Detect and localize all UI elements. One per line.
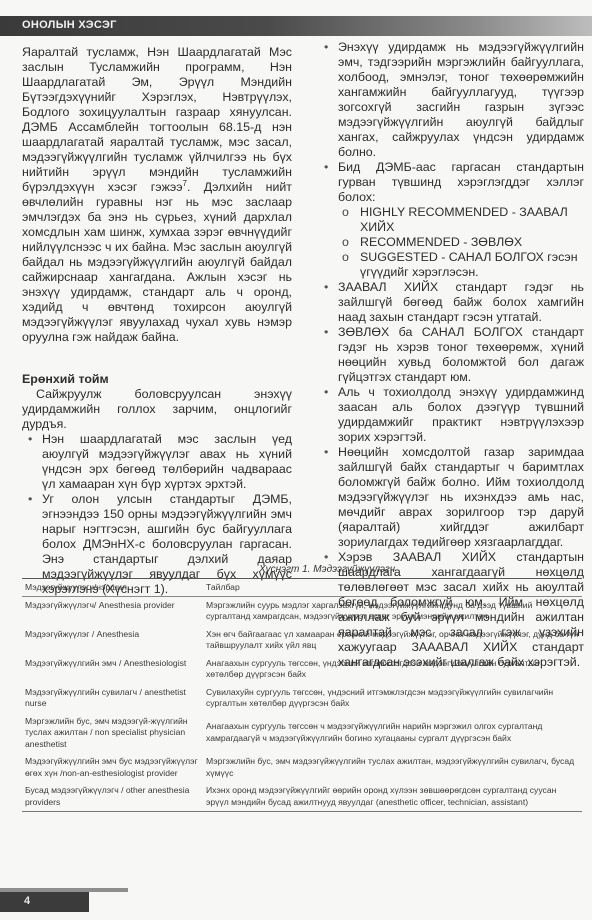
bullet-item: Нөөцийн хомсдолтой газар заримдаа зайлшг… bbox=[324, 445, 584, 550]
term-cell: Мэдээгүйжүүлэгч/ Anesthesia provider bbox=[22, 596, 203, 626]
section-header-bar: ОНОЛЫН ХЭСЭГ bbox=[0, 16, 592, 36]
table-header-row: Мэдээгүйжүүлэгч/нэршил Тайлбар bbox=[22, 579, 582, 597]
table-caption: Хүснэгт 1. Мэдээгүйжүүлэгч bbox=[22, 564, 592, 575]
table-row: Бусад мэдээгүйжүүлэгч / other anesthesia… bbox=[22, 782, 582, 812]
table-row: Мэргэжлийн бус, эмч мэдээгүй-жүүлгийн ту… bbox=[22, 713, 582, 754]
sub-bullet-item: RECOMMENDED - ЗӨВЛӨХ bbox=[338, 235, 584, 250]
bullet-text: Бид ДЭМБ-аас гаргасан стандартын гурван … bbox=[338, 160, 584, 204]
bullet-item: ЗААВАЛ ХИЙХ стандарт гэдэг нь зайлшгүй б… bbox=[324, 280, 584, 325]
description-cell: Сувилахуйн сургууль төгссөн, үндэсний ит… bbox=[203, 684, 582, 713]
column-header-term: Мэдээгүйжүүлэгч/нэршил bbox=[22, 579, 203, 597]
term-cell: Бусад мэдээгүйжүүлэгч / other anesthesia… bbox=[22, 782, 203, 812]
bullet-item: Нэн шаардлагатай мэс заслын үед аюулгүй … bbox=[28, 432, 292, 492]
section-heading: Ерөнхий тойм bbox=[22, 372, 292, 387]
table-row: Мэдээгүйжүүлгийн эмч бус мэдээгүйжүүлэг … bbox=[22, 753, 582, 782]
table-row: Мэдээгүйжүүлэг / Anesthesia Хэн өгч байг… bbox=[22, 626, 582, 655]
footer-page-box: 4 bbox=[0, 892, 89, 912]
term-cell: Мэдээгүйжүүлгийн эмч / Anesthesiologist bbox=[22, 655, 203, 684]
table-row: Мэдээгүйжүүлэгч/ Anesthesia provider Мэр… bbox=[22, 596, 582, 626]
intro-paragraph: Яаралтай тусламж, Нэн Шаардлагатай Мэс з… bbox=[22, 45, 292, 345]
bullet-item: ЗӨВЛӨХ ба САНАЛ БОЛГОХ стандарт гэдэг нь… bbox=[324, 325, 584, 385]
sub-bullet-item: SUGGESTED - САНАЛ БОЛГОХ гэсэн үгүүдийг … bbox=[338, 250, 584, 280]
anesthesia-terms-table: Мэдээгүйжүүлэгч/нэршил Тайлбар Мэдээгүйж… bbox=[22, 578, 582, 812]
sub-bullet-item: HIGHLY RECOMMENDED - ЗААВАЛ ХИЙХ bbox=[338, 205, 584, 235]
intro-text: Яаралтай тусламж, Нэн Шаардлагатай Мэс з… bbox=[22, 45, 292, 194]
intro-text-cont: . Дэлхийн нийт өвчлөлийн гуравны нэг нь … bbox=[22, 180, 292, 344]
principles-bullet-list: Энэхүү удирдамж нь мэдээгүйжүүлгийн эмч,… bbox=[318, 40, 584, 670]
term-cell: Мэдээгүйжүүлгийн сувилагч / anesthetist … bbox=[22, 684, 203, 713]
description-cell: Анагаахын сургууль төгссөн ч мэдээгүйжүү… bbox=[203, 713, 582, 754]
bullet-item: Аль ч тохиолдолд энэхүү удирдамжинд заас… bbox=[324, 385, 584, 445]
term-cell: Мэдээгүйжүүлгийн эмч бус мэдээгүйжүүлэг … bbox=[22, 753, 203, 782]
term-cell: Мэдээгүйжүүлэг / Anesthesia bbox=[22, 626, 203, 655]
term-cell: Мэргэжлийн бус, эмч мэдээгүй-жүүлгийн ту… bbox=[22, 713, 203, 754]
page-number: 4 bbox=[24, 895, 30, 907]
left-column: Яаралтай тусламж, Нэн Шаардлагатай Мэс з… bbox=[22, 45, 292, 597]
section-title: ОНОЛЫН ХЭСЭГ bbox=[22, 19, 117, 31]
column-header-description: Тайлбар bbox=[203, 579, 582, 597]
description-cell: Мэргэжлийн бус, эмч мэдээгүйжүүлгийн тус… bbox=[203, 753, 582, 782]
right-column: Энэхүү удирдамж нь мэдээгүйжүүлгийн эмч,… bbox=[318, 40, 584, 670]
overview-paragraph: Сайжруулж боловсруулсан энэхүү удирдамжи… bbox=[22, 387, 292, 432]
bullet-item: Энэхүү удирдамж нь мэдээгүйжүүлгийн эмч,… bbox=[324, 40, 584, 160]
bullet-item: Бид ДЭМБ-аас гаргасан стандартын гурван … bbox=[324, 160, 584, 280]
description-cell: Мэргэжлийн суурь мэдлэг харгалзахгүй, мэ… bbox=[203, 596, 582, 626]
table-row: Мэдээгүйжүүлгийн эмч / Anesthesiologist … bbox=[22, 655, 582, 684]
description-cell: Ихэнх оронд мэдээгүйжүүлгийг өөрийн орон… bbox=[203, 782, 582, 812]
recommendation-levels-list: HIGHLY RECOMMENDED - ЗААВАЛ ХИЙХ RECOMME… bbox=[338, 205, 584, 280]
table-row: Мэдээгүйжүүлгийн сувилагч / anesthetist … bbox=[22, 684, 582, 713]
description-cell: Хэн өгч байгаагаас үл хамааран ерөнхий м… bbox=[203, 626, 582, 655]
description-cell: Анагаахын сургууль төгссөн, үндэсний итг… bbox=[203, 655, 582, 684]
